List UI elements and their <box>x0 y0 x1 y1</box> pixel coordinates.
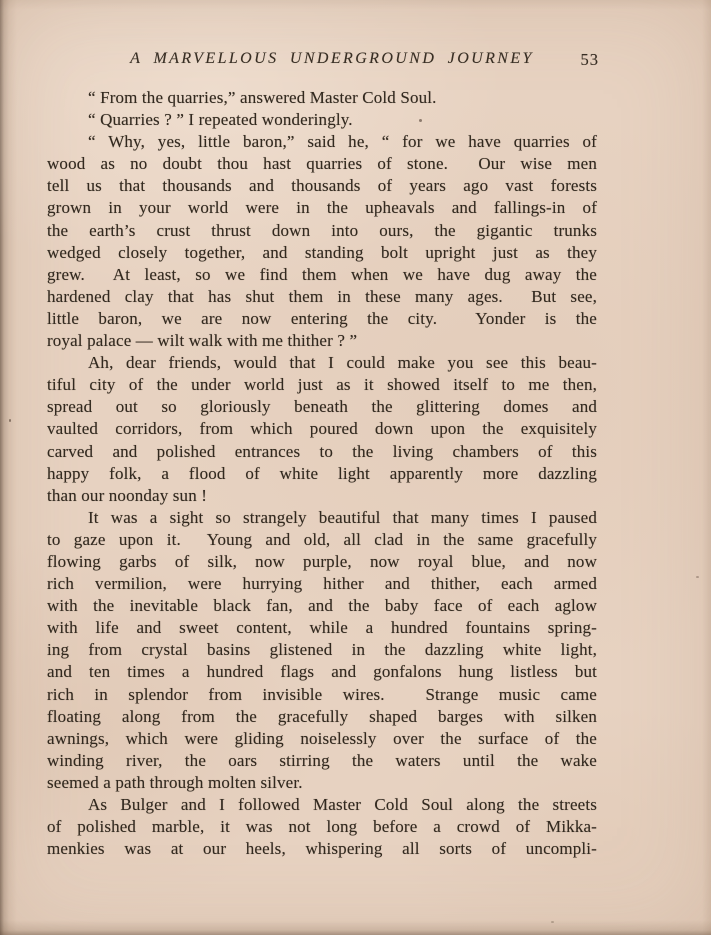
text-line: vaulted corridors, from which poured dow… <box>47 418 597 440</box>
text-line: tell us that thousands and thousands of … <box>47 175 597 197</box>
text-line: Ah, dear friends, would that I could mak… <box>47 352 597 374</box>
running-header-title: A MARVELLOUS UNDERGROUND JOURNEY <box>57 50 607 68</box>
book-page-scan: A MARVELLOUS UNDERGROUND JOURNEY 53 “ Fr… <box>0 0 711 935</box>
text-line: happy folk, a flood of white light appar… <box>47 463 597 485</box>
text-line: and ten times a hundred flags and gonfal… <box>47 661 597 683</box>
text-line: As Bulger and I followed Master Cold Sou… <box>47 794 597 816</box>
text-line: royal palace — wilt walk with me thither… <box>47 330 597 352</box>
text-line: rich vermilion, were hurrying hither and… <box>47 573 597 595</box>
text-line: awnings, which were gliding noiselessly … <box>47 728 597 750</box>
text-line: rich in splendor from invisible wires. S… <box>47 684 597 706</box>
text-line: little baron, we are now entering the ci… <box>47 308 597 330</box>
text-line: wood as no doubt thou hast quarries of s… <box>47 153 597 175</box>
text-line: grew. At least, so we find them when we … <box>47 264 597 286</box>
text-line: carved and polished entrances to the liv… <box>47 441 597 463</box>
text-line: menkies was at our heels, whispering all… <box>47 838 597 860</box>
text-line: to gaze upon it. Young and old, all clad… <box>47 529 597 551</box>
page-number: 53 <box>573 50 599 70</box>
ink-speck <box>9 419 11 422</box>
text-line: wedged closely together, and standing bo… <box>47 242 597 264</box>
text-line: with the inevitable black fan, and the b… <box>47 595 597 617</box>
text-line: tiful city of the under world just as it… <box>47 374 597 396</box>
text-line: “ Why, yes, little baron,” said he, “ fo… <box>47 131 597 153</box>
page-body: “ From the quarries,” answered Master Co… <box>47 87 597 860</box>
text-line: with life and sweet content, while a hun… <box>47 617 597 639</box>
text-line: floating along from the gracefully shape… <box>47 706 597 728</box>
text-line: winding river, the oars stirring the wat… <box>47 750 597 772</box>
text-line: the earth’s crust thrust down into ours,… <box>47 220 597 242</box>
text-line: “ Quarries ? ” I repeated wonderingly. <box>47 109 597 131</box>
text-line: than our noonday sun ! <box>47 485 597 507</box>
text-line: of polished marble, it was not long befo… <box>47 816 597 838</box>
text-line: grown in your world were in the upheaval… <box>47 197 597 219</box>
ink-speck <box>696 576 699 578</box>
text-line: spread out so gloriously beneath the gli… <box>47 396 597 418</box>
text-line: It was a sight so strangely beautiful th… <box>47 507 597 529</box>
text-line: hardened clay that has shut them in thes… <box>47 286 597 308</box>
ink-speck <box>419 119 422 122</box>
text-line: ing from crystal basins glistened in the… <box>47 639 597 661</box>
text-line: “ From the quarries,” answered Master Co… <box>47 87 597 109</box>
text-line: seemed a path through molten silver. <box>47 772 597 794</box>
ink-speck <box>551 921 554 923</box>
text-line: flowing garbs of silk, now purple, now r… <box>47 551 597 573</box>
